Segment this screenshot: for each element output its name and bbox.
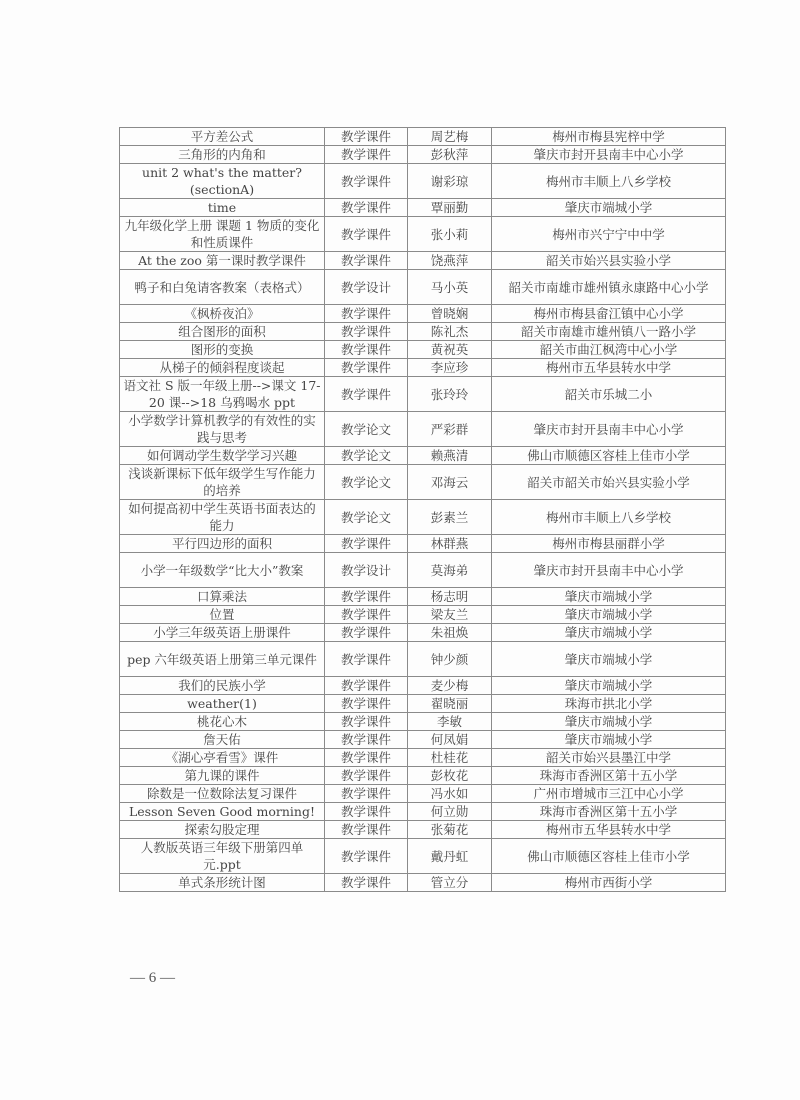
school-cell: 梅州市梅县丽群小学 xyxy=(492,535,726,553)
work-title-cell: 如何提高初中学生英语书面表达的能力 xyxy=(120,500,325,535)
work-title-cell: 单式条形统计图 xyxy=(120,874,325,892)
author-cell: 饶燕萍 xyxy=(408,252,492,270)
table-row: 平方差公式教学课件周艺梅梅州市梅县宪梓中学 xyxy=(120,128,726,146)
work-type-cell: 教学课件 xyxy=(325,767,408,785)
author-cell: 麦少梅 xyxy=(408,677,492,695)
work-title-cell: pep 六年级英语上册第三单元课件 xyxy=(120,642,325,677)
author-cell: 黄祝英 xyxy=(408,341,492,359)
work-type-cell: 教学课件 xyxy=(325,217,408,252)
table-row: 探索勾股定理教学课件张菊花梅州市五华县转水中学 xyxy=(120,821,726,839)
table-row: Lesson Seven Good morning!教学课件何立勋珠海市香洲区第… xyxy=(120,803,726,821)
table-row: 小学一年级数学“比大小”教案教学设计莫海弟肇庆市封开县南丰中心小学 xyxy=(120,553,726,588)
table-row: 詹天佑教学课件何凤娟肇庆市端城小学 xyxy=(120,731,726,749)
table-row: 我们的民族小学教学课件麦少梅肇庆市端城小学 xyxy=(120,677,726,695)
table-row: 鸭子和白兔请客教案（表格式）教学设计马小英韶关市南雄市雄州镇永康路中心小学 xyxy=(120,270,726,305)
school-cell: 肇庆市封开县南丰中心小学 xyxy=(492,146,726,164)
school-cell: 广州市增城市三江中心小学 xyxy=(492,785,726,803)
author-cell: 管立分 xyxy=(408,874,492,892)
work-type-cell: 教学课件 xyxy=(325,359,408,377)
work-type-cell: 教学课件 xyxy=(325,146,408,164)
table-row: 如何提高初中学生英语书面表达的能力教学论文彭素兰梅州市丰顺上八乡学校 xyxy=(120,500,726,535)
school-cell: 梅州市五华县转水中学 xyxy=(492,359,726,377)
work-title-cell: 组合图形的面积 xyxy=(120,323,325,341)
table-row: 九年级化学上册 课题 1 物质的变化和性质课件教学课件张小莉梅州市兴宁宁中中学 xyxy=(120,217,726,252)
author-cell: 张菊花 xyxy=(408,821,492,839)
school-cell: 肇庆市端城小学 xyxy=(492,588,726,606)
table-body: 平方差公式教学课件周艺梅梅州市梅县宪梓中学三角形的内角和教学课件彭秋萍肇庆市封开… xyxy=(120,128,726,892)
table-row: 语文社 S 版一年级上册-->课文 17-20 课-->18 乌鸦喝水 ppt教… xyxy=(120,377,726,412)
work-title-cell: 图形的变换 xyxy=(120,341,325,359)
work-type-cell: 教学论文 xyxy=(325,447,408,465)
work-title-cell: 小学三年级英语上册课件 xyxy=(120,624,325,642)
author-cell: 戴丹虹 xyxy=(408,839,492,874)
school-cell: 韶关市始兴县实验小学 xyxy=(492,252,726,270)
work-type-cell: 教学课件 xyxy=(325,624,408,642)
school-cell: 佛山市顺德区容桂上佳市小学 xyxy=(492,447,726,465)
work-type-cell: 教学课件 xyxy=(325,377,408,412)
author-cell: 马小英 xyxy=(408,270,492,305)
work-type-cell: 教学课件 xyxy=(325,821,408,839)
author-cell: 张玲玲 xyxy=(408,377,492,412)
work-type-cell: 教学课件 xyxy=(325,535,408,553)
table-row: 除数是一位数除法复习课件教学课件冯水如广州市增城市三江中心小学 xyxy=(120,785,726,803)
school-cell: 佛山市顺德区容桂上佳市小学 xyxy=(492,839,726,874)
work-type-cell: 教学课件 xyxy=(325,642,408,677)
work-title-cell: 探索勾股定理 xyxy=(120,821,325,839)
school-cell: 肇庆市端城小学 xyxy=(492,624,726,642)
work-type-cell: 教学课件 xyxy=(325,803,408,821)
table-row: 浅谈新课标下低年级学生写作能力的培养教学论文邓海云韶关市韶关市始兴县实验小学 xyxy=(120,465,726,500)
work-type-cell: 教学课件 xyxy=(325,252,408,270)
school-cell: 肇庆市端城小学 xyxy=(492,642,726,677)
work-type-cell: 教学课件 xyxy=(325,713,408,731)
table-row: At the zoo 第一课时教学课件教学课件饶燕萍韶关市始兴县实验小学 xyxy=(120,252,726,270)
work-title-cell: 三角形的内角和 xyxy=(120,146,325,164)
table-row: 三角形的内角和教学课件彭秋萍肇庆市封开县南丰中心小学 xyxy=(120,146,726,164)
school-cell: 韶关市韶关市始兴县实验小学 xyxy=(492,465,726,500)
school-cell: 肇庆市端城小学 xyxy=(492,731,726,749)
table-row: 小学数学计算机教学的有效性的实践与思考教学论文严彩群肇庆市封开县南丰中心小学 xyxy=(120,412,726,447)
work-title-cell: 第九课的课件 xyxy=(120,767,325,785)
school-cell: 梅州市梅县畲江镇中心小学 xyxy=(492,305,726,323)
work-title-cell: 除数是一位数除法复习课件 xyxy=(120,785,325,803)
author-cell: 何凤娟 xyxy=(408,731,492,749)
work-type-cell: 教学课件 xyxy=(325,323,408,341)
table-row: 位置教学课件梁友兰肇庆市端城小学 xyxy=(120,606,726,624)
work-title-cell: At the zoo 第一课时教学课件 xyxy=(120,252,325,270)
author-cell: 梁友兰 xyxy=(408,606,492,624)
table-row: 图形的变换教学课件黄祝英韶关市曲江枫湾中心小学 xyxy=(120,341,726,359)
school-cell: 肇庆市端城小学 xyxy=(492,677,726,695)
author-cell: 彭枚花 xyxy=(408,767,492,785)
table-row: 组合图形的面积教学课件陈礼杰韶关市南雄市雄州镇八一路小学 xyxy=(120,323,726,341)
school-cell: 韶关市南雄市雄州镇永康路中心小学 xyxy=(492,270,726,305)
author-cell: 邓海云 xyxy=(408,465,492,500)
work-title-cell: 鸭子和白兔请客教案（表格式） xyxy=(120,270,325,305)
table-row: 从梯子的倾斜程度谈起教学课件李应珍梅州市五华县转水中学 xyxy=(120,359,726,377)
author-cell: 莫海弟 xyxy=(408,553,492,588)
school-cell: 梅州市丰顺上八乡学校 xyxy=(492,500,726,535)
school-cell: 肇庆市端城小学 xyxy=(492,606,726,624)
work-type-cell: 教学课件 xyxy=(325,341,408,359)
table-row: 桃花心木教学课件李敏肇庆市端城小学 xyxy=(120,713,726,731)
author-cell: 冯水如 xyxy=(408,785,492,803)
author-cell: 严彩群 xyxy=(408,412,492,447)
work-type-cell: 教学课件 xyxy=(325,677,408,695)
work-title-cell: 从梯子的倾斜程度谈起 xyxy=(120,359,325,377)
author-cell: 彭秋萍 xyxy=(408,146,492,164)
table-row: 《枫桥夜泊》教学课件曾晓娴梅州市梅县畲江镇中心小学 xyxy=(120,305,726,323)
work-type-cell: 教学课件 xyxy=(325,199,408,217)
table-row: 单式条形统计图教学课件管立分梅州市西街小学 xyxy=(120,874,726,892)
school-cell: 韶关市南雄市雄州镇八一路小学 xyxy=(492,323,726,341)
work-type-cell: 教学课件 xyxy=(325,588,408,606)
author-cell: 赖燕清 xyxy=(408,447,492,465)
author-cell: 何立勋 xyxy=(408,803,492,821)
page-number: — 6 — xyxy=(130,970,175,987)
author-cell: 钟少颜 xyxy=(408,642,492,677)
table-row: 第九课的课件教学课件彭枚花珠海市香洲区第十五小学 xyxy=(120,767,726,785)
work-type-cell: 教学课件 xyxy=(325,785,408,803)
work-title-cell: 人教版英语三年级下册第四单元.ppt xyxy=(120,839,325,874)
school-cell: 梅州市兴宁宁中中学 xyxy=(492,217,726,252)
school-cell: 肇庆市封开县南丰中心小学 xyxy=(492,553,726,588)
school-cell: 肇庆市端城小学 xyxy=(492,199,726,217)
work-title-cell: 桃花心木 xyxy=(120,713,325,731)
work-type-cell: 教学课件 xyxy=(325,128,408,146)
work-type-cell: 教学论文 xyxy=(325,412,408,447)
table-row: 口算乘法教学课件杨志明肇庆市端城小学 xyxy=(120,588,726,606)
author-cell: 谢彩琼 xyxy=(408,164,492,199)
author-cell: 杨志明 xyxy=(408,588,492,606)
author-cell: 翟晓丽 xyxy=(408,695,492,713)
table-row: 小学三年级英语上册课件教学课件朱祖焕肇庆市端城小学 xyxy=(120,624,726,642)
work-title-cell: 小学数学计算机教学的有效性的实践与思考 xyxy=(120,412,325,447)
work-type-cell: 教学课件 xyxy=(325,164,408,199)
school-cell: 梅州市梅县宪梓中学 xyxy=(492,128,726,146)
work-title-cell: 《枫桥夜泊》 xyxy=(120,305,325,323)
author-cell: 彭素兰 xyxy=(408,500,492,535)
table-row: 《湖心亭看雪》课件教学课件杜桂花韶关市始兴县墨江中学 xyxy=(120,749,726,767)
work-title-cell: 詹天佑 xyxy=(120,731,325,749)
table-row: 人教版英语三年级下册第四单元.ppt教学课件戴丹虹佛山市顺德区容桂上佳市小学 xyxy=(120,839,726,874)
work-title-cell: time xyxy=(120,199,325,217)
author-cell: 李敏 xyxy=(408,713,492,731)
work-type-cell: 教学设计 xyxy=(325,270,408,305)
school-cell: 肇庆市封开县南丰中心小学 xyxy=(492,412,726,447)
work-type-cell: 教学论文 xyxy=(325,465,408,500)
school-cell: 梅州市西街小学 xyxy=(492,874,726,892)
author-cell: 林群燕 xyxy=(408,535,492,553)
author-cell: 曾晓娴 xyxy=(408,305,492,323)
work-type-cell: 教学设计 xyxy=(325,553,408,588)
work-title-cell: 浅谈新课标下低年级学生写作能力的培养 xyxy=(120,465,325,500)
work-title-cell: unit 2 what's the matter?(sectionA) xyxy=(120,164,325,199)
author-cell: 覃丽勤 xyxy=(408,199,492,217)
work-title-cell: weather(1) xyxy=(120,695,325,713)
school-cell: 珠海市香洲区第十五小学 xyxy=(492,767,726,785)
work-title-cell: 《湖心亭看雪》课件 xyxy=(120,749,325,767)
work-title-cell: 我们的民族小学 xyxy=(120,677,325,695)
work-title-cell: Lesson Seven Good morning! xyxy=(120,803,325,821)
work-type-cell: 教学课件 xyxy=(325,731,408,749)
work-title-cell: 小学一年级数学“比大小”教案 xyxy=(120,553,325,588)
school-cell: 韶关市曲江枫湾中心小学 xyxy=(492,341,726,359)
work-type-cell: 教学课件 xyxy=(325,606,408,624)
work-type-cell: 教学课件 xyxy=(325,695,408,713)
work-title-cell: 位置 xyxy=(120,606,325,624)
table-row: pep 六年级英语上册第三单元课件教学课件钟少颜肇庆市端城小学 xyxy=(120,642,726,677)
table-row: unit 2 what's the matter?(sectionA)教学课件谢… xyxy=(120,164,726,199)
award-list-table: 平方差公式教学课件周艺梅梅州市梅县宪梓中学三角形的内角和教学课件彭秋萍肇庆市封开… xyxy=(119,127,726,892)
work-type-cell: 教学课件 xyxy=(325,839,408,874)
author-cell: 朱祖焕 xyxy=(408,624,492,642)
work-type-cell: 教学课件 xyxy=(325,874,408,892)
school-cell: 梅州市五华县转水中学 xyxy=(492,821,726,839)
table-row: time教学课件覃丽勤肇庆市端城小学 xyxy=(120,199,726,217)
school-cell: 韶关市乐城二小 xyxy=(492,377,726,412)
author-cell: 陈礼杰 xyxy=(408,323,492,341)
school-cell: 珠海市香洲区第十五小学 xyxy=(492,803,726,821)
table-row: 平行四边形的面积教学课件林群燕梅州市梅县丽群小学 xyxy=(120,535,726,553)
work-type-cell: 教学论文 xyxy=(325,500,408,535)
author-cell: 张小莉 xyxy=(408,217,492,252)
author-cell: 杜桂花 xyxy=(408,749,492,767)
school-cell: 肇庆市端城小学 xyxy=(492,713,726,731)
table-row: 如何调动学生数学学习兴趣教学论文赖燕清佛山市顺德区容桂上佳市小学 xyxy=(120,447,726,465)
work-type-cell: 教学课件 xyxy=(325,305,408,323)
school-cell: 珠海市拱北小学 xyxy=(492,695,726,713)
school-cell: 梅州市丰顺上八乡学校 xyxy=(492,164,726,199)
author-cell: 李应珍 xyxy=(408,359,492,377)
work-title-cell: 如何调动学生数学学习兴趣 xyxy=(120,447,325,465)
work-type-cell: 教学课件 xyxy=(325,749,408,767)
author-cell: 周艺梅 xyxy=(408,128,492,146)
work-title-cell: 平行四边形的面积 xyxy=(120,535,325,553)
table-row: weather(1)教学课件翟晓丽珠海市拱北小学 xyxy=(120,695,726,713)
work-title-cell: 九年级化学上册 课题 1 物质的变化和性质课件 xyxy=(120,217,325,252)
work-title-cell: 语文社 S 版一年级上册-->课文 17-20 课-->18 乌鸦喝水 ppt xyxy=(120,377,325,412)
work-title-cell: 平方差公式 xyxy=(120,128,325,146)
work-title-cell: 口算乘法 xyxy=(120,588,325,606)
school-cell: 韶关市始兴县墨江中学 xyxy=(492,749,726,767)
